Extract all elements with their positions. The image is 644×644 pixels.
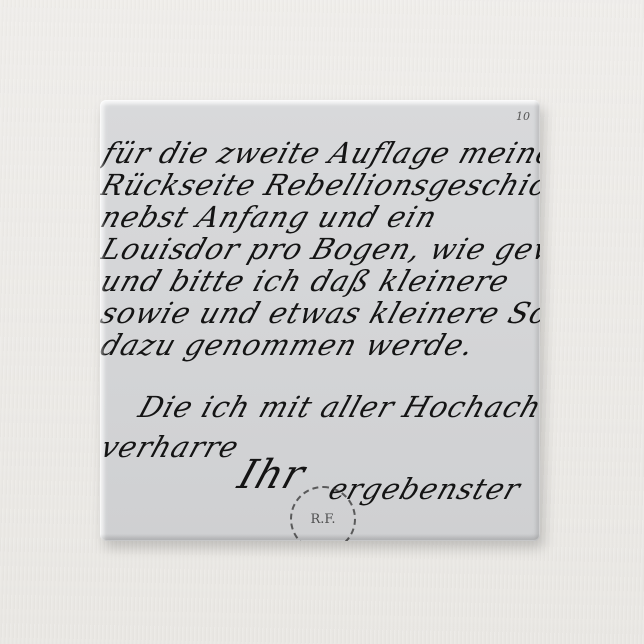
- bevel-shade: [534, 100, 540, 541]
- manuscript-line: Louisdor pro Bogen, wie gewiss: [100, 232, 540, 266]
- manuscript-line: ergebenster: [324, 472, 525, 506]
- manuscript-line: sowie und etwas kleinere Schrift: [100, 296, 540, 330]
- manuscript-line: und bitte ich daß kleinere: [100, 264, 514, 298]
- manuscript-signature: Ihr: [233, 452, 312, 498]
- manuscript-line: Rückseite Rebellionsgeschichte: [100, 168, 540, 202]
- manuscript-line: Die ich mit aller Hochachtung: [134, 390, 540, 424]
- manuscript-line: verharre: [100, 430, 244, 464]
- stamp-text: R.F.: [310, 512, 335, 527]
- bevel-shade: [100, 534, 540, 541]
- pin-button: 10 für die zweite Auflage meiner Rücksei…: [100, 100, 540, 541]
- manuscript-line: nebst Anfang und ein: [100, 200, 442, 234]
- bevel-highlight: [100, 100, 106, 541]
- page-number: 10: [516, 110, 530, 123]
- manuscript-line: für die zweite Auflage meiner: [100, 136, 540, 170]
- bevel-highlight: [100, 100, 540, 106]
- manuscript-line: dazu genommen werde.: [100, 328, 479, 362]
